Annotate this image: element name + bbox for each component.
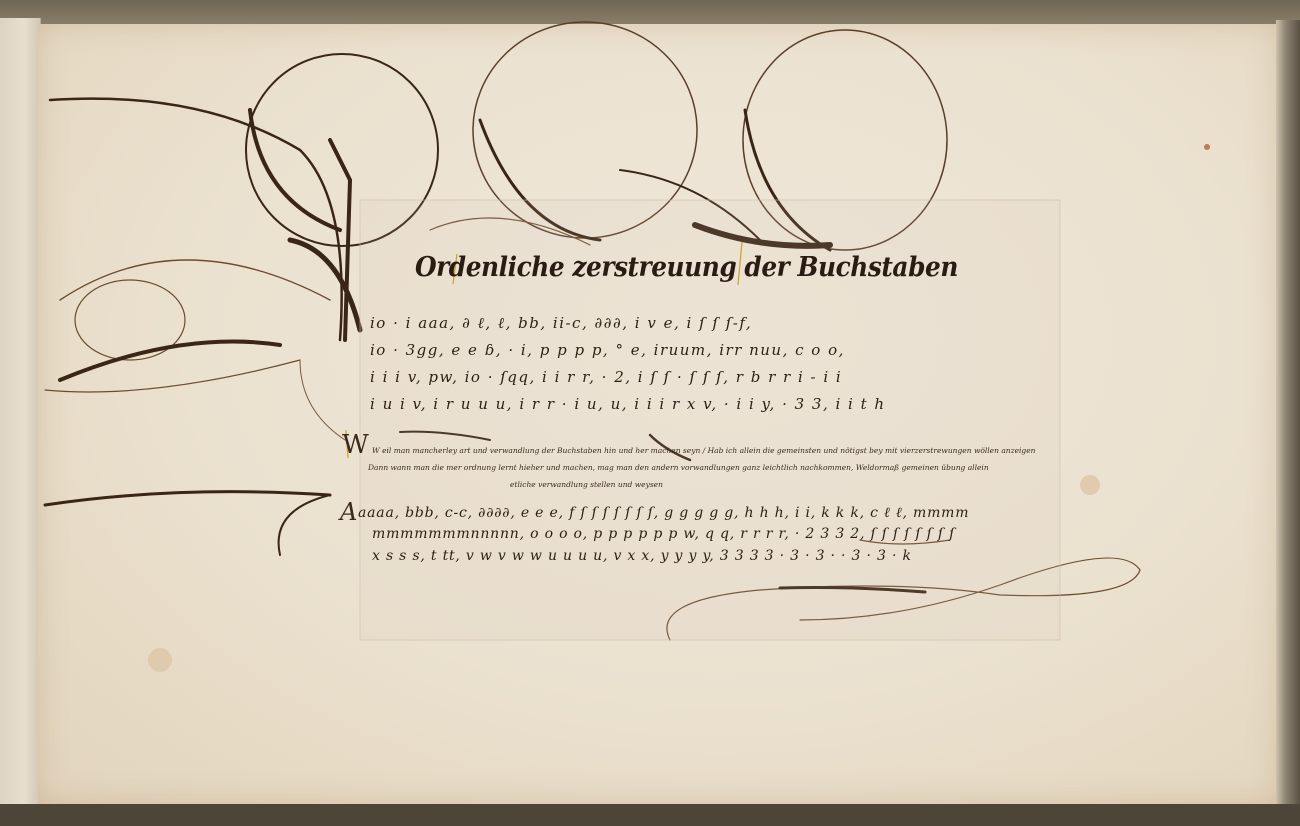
- section-initial: A: [340, 498, 357, 526]
- calligraphic-flourishes: [0, 0, 1300, 826]
- prose-line: Dann wann man die mer ordnung lernt hieh…: [368, 463, 989, 472]
- alphabet-row-2: mmmmmmmnnnnn, o o o o, p p p p p p w, q …: [372, 526, 955, 542]
- prose-line: W eil man mancherley art und verwandlung…: [372, 446, 1036, 455]
- alphabet-row: i i i v, pw, io · ſqq, i i r r, · 2, i ſ…: [370, 368, 842, 386]
- alphabet-row: i u i v, i r u u u, i r r · i u, u, i i …: [370, 395, 886, 413]
- alphabet-row: io · i aaa, ∂ ℓ, ℓ, bb, ii-c, ∂∂∂, i v e…: [370, 314, 752, 333]
- page-title: Ordenliche zerstreuung der Buchstaben: [415, 252, 958, 283]
- alphabet-row-2: x s s s, t tt, v w v w w u u u u, v x x,…: [372, 548, 912, 564]
- prose-initial: W: [342, 430, 369, 460]
- alphabet-row: io · 3gg, e e ɓ, · i, p p p p, ° e, iruu…: [370, 341, 845, 359]
- prose-line: etliche verwandlung stellen und weysen: [510, 480, 663, 489]
- alphabet-row-2: aaaa, bbb, c-c, ∂∂∂∂, e e e, f ſ ſ ſ ſ ſ…: [358, 505, 969, 522]
